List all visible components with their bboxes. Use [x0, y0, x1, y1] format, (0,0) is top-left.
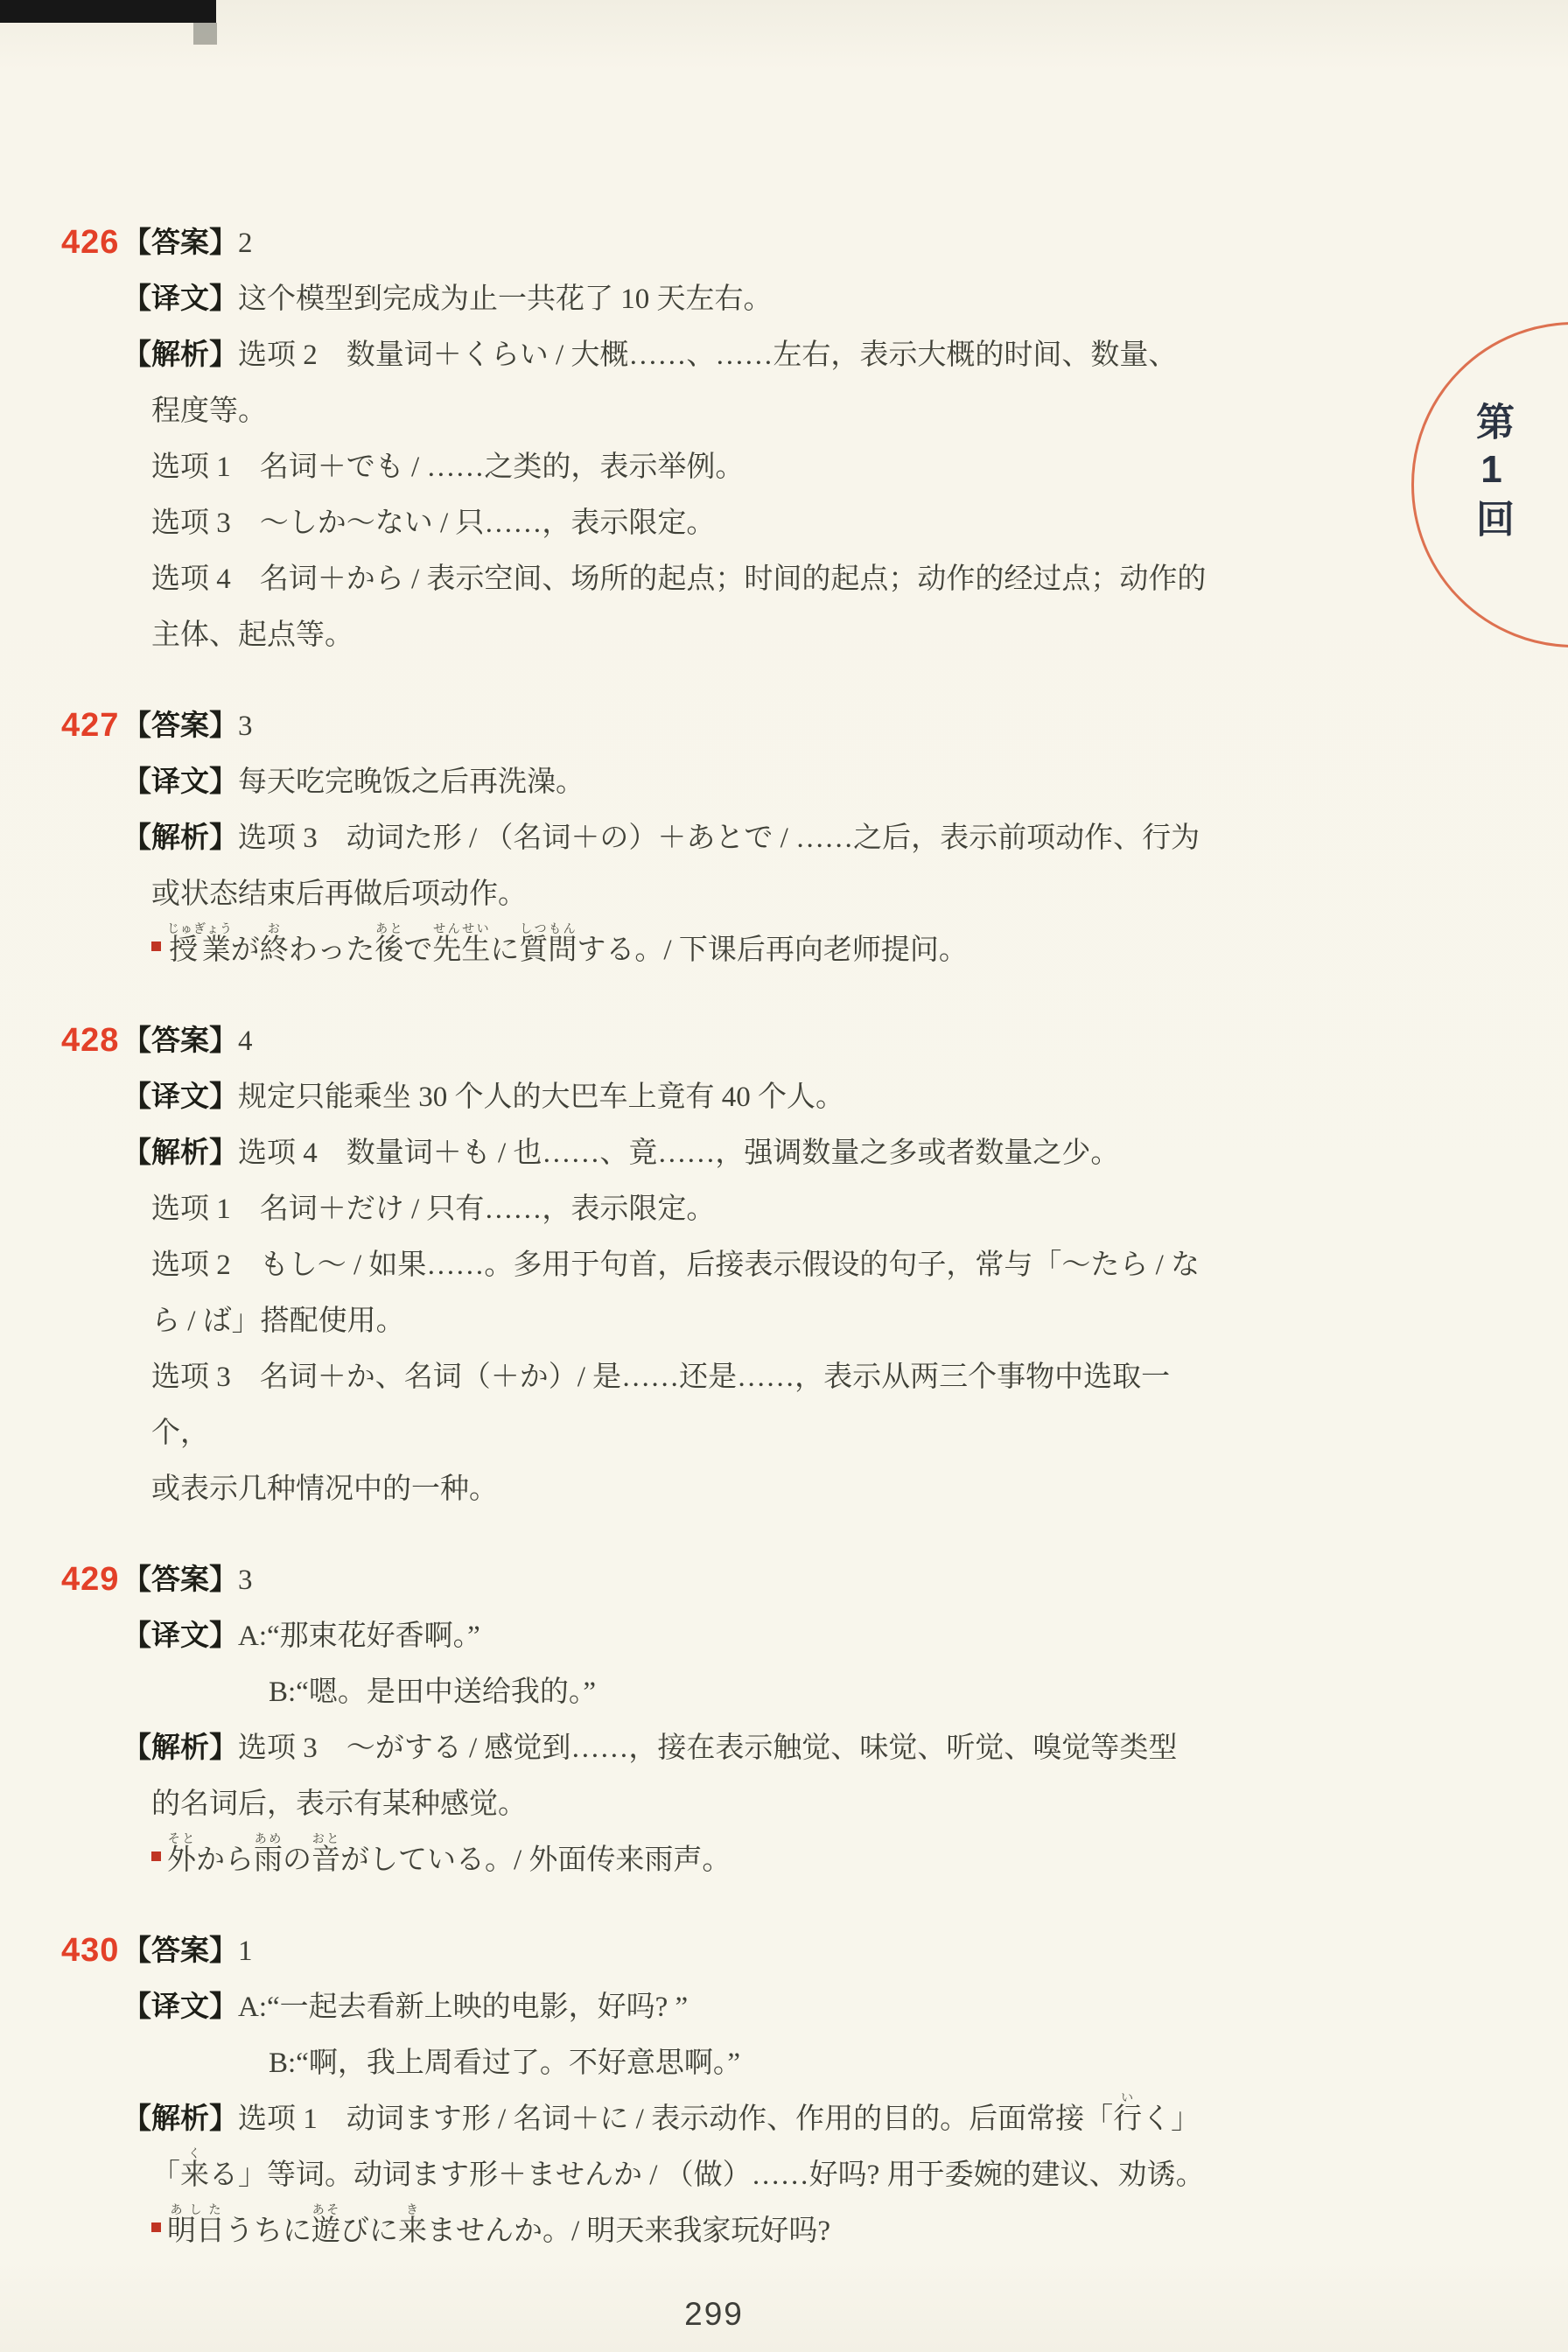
text-segment: の	[283, 1844, 311, 1876]
text-segment: 3	[238, 1564, 253, 1596]
text-segment: で	[403, 934, 432, 966]
ruby-text: しつもん	[519, 923, 577, 936]
example-line: 明日あしたうちに遊あそびに来きませんか。/ 明天来我家玩好吗?	[151, 2203, 1225, 2259]
section-label: 【译文】	[122, 766, 238, 798]
text-segment: 这个模型到完成为止一共花了 10 天左右。	[238, 283, 773, 315]
text-segment: B:“啊，我上周看过了。不好意思啊。”	[269, 2047, 740, 2079]
text-line: 【译文】A:“那束花好香啊。”	[151, 1608, 1225, 1664]
text-segment: する。/ 下课后再向老师提问。	[577, 934, 967, 966]
text-segment: 4	[238, 1025, 253, 1057]
ruby-text: そと	[167, 1833, 196, 1846]
ruby-base: 明日	[167, 2215, 225, 2247]
example-line: 授業じゅぎょうが終おわった後あとで先生せんせいに質問しつもんする。/ 下课后再向…	[151, 922, 1225, 978]
furigana-term: 終お	[260, 934, 289, 966]
text-line: 【答案】3	[151, 1552, 1225, 1608]
ruby-base: 来	[180, 2159, 209, 2191]
example-bullet-icon	[151, 941, 161, 951]
text-line: 或表示几种情况中的一种。	[151, 1461, 1225, 1517]
text-line: 选项 1 名词＋でも / ……之类的，表示举例。	[151, 439, 1225, 495]
text-segment: B:“嗯。是田中送给我的。”	[269, 1676, 596, 1708]
text-line: 【译文】每天吃完晚饭之后再洗澡。	[151, 754, 1225, 810]
round-tab-circle: 第1回	[1411, 322, 1568, 647]
text-line: 「来くる」等词。动词ます形＋ませんか / （做）……好吗? 用于委婉的建议、劝诱…	[151, 2147, 1225, 2203]
ruby-text: あそ	[311, 2204, 340, 2217]
text-line: 选项 3 ～しか～ない / 只……，表示限定。	[151, 495, 1225, 551]
text-segment: 选项 3 名词＋か、名词（＋か）/ 是……还是……，表示从两三个事物中选取一个，	[151, 1361, 1170, 1449]
text-line: 【解析】选项 4 数量词＋も / 也……、竟……，强调数量之多或者数量之少。	[151, 1125, 1225, 1181]
question-number: 428	[61, 1013, 122, 1517]
text-line: 【解析】选项 3 ～がする / 感觉到……，接在表示触觉、味觉、听觉、嗅觉等类型	[151, 1720, 1225, 1776]
ruby-text: あと	[374, 923, 403, 936]
answer-entry-427: 427【答案】3【译文】每天吃完晚饭之后再洗澡。【解析】选项 3 动词た形 / …	[61, 698, 1225, 978]
text-segment: 或表示几种情况中的一种。	[151, 1473, 498, 1505]
answer-entry-430: 430【答案】1【译文】A:“一起去看新上映的电影，好吗? ”B:“啊，我上周看…	[61, 1923, 1225, 2259]
text-segment: 每天吃完晚饭之后再洗澡。	[238, 766, 584, 798]
text-line: 主体、起点等。	[151, 607, 1225, 663]
text-line: 【译文】这个模型到完成为止一共花了 10 天左右。	[151, 271, 1225, 327]
ruby-text: お	[260, 923, 289, 936]
round-tab-label: 第1回	[1463, 402, 1519, 545]
entry-content: 【答案】1【译文】A:“一起去看新上映的电影，好吗? ”B:“啊，我上周看过了。…	[122, 1923, 1225, 2259]
textbook-page: 第1回 426【答案】2【译文】这个模型到完成为止一共花了 10 天左右。【解析…	[0, 0, 1568, 2352]
text-line: 【解析】选项 3 动词た形 / （名词＋の）＋あとで / ……之后，表示前项动作…	[151, 810, 1225, 866]
section-label: 【解析】	[122, 339, 238, 371]
ruby-text: き	[398, 2204, 427, 2217]
text-segment: 选项 2 もし～ / 如果……。多用于句首，后接表示假设的句子，常与「～たら /…	[151, 1249, 1200, 1281]
text-line: B:“嗯。是田中送给我的。”	[151, 1664, 1225, 1720]
furigana-term: 雨あめ	[254, 1844, 283, 1876]
ruby-text: あした	[167, 2204, 225, 2217]
text-line: 【译文】规定只能乘坐 30 个人的大巴车上竟有 40 个人。	[151, 1069, 1225, 1125]
text-segment: 主体、起点等。	[151, 619, 353, 651]
section-label: 【译文】	[122, 283, 238, 315]
text-line: 选项 4 名词＋から / 表示空间、场所的起点；时间的起点；动作的经过点；动作的	[151, 551, 1225, 607]
entry-content: 【答案】3【译文】A:“那束花好香啊。”B:“嗯。是田中送给我的。”【解析】选项…	[122, 1552, 1225, 1888]
section-label: 【答案】	[122, 1025, 238, 1057]
text-segment: から	[196, 1844, 254, 1876]
section-label: 【答案】	[122, 1564, 238, 1596]
ruby-base: 行	[1113, 2103, 1142, 2135]
text-segment: 或状态结束后再做后项动作。	[151, 878, 527, 910]
text-line: 选项 3 名词＋か、名词（＋か）/ 是……还是……，表示从两三个事物中选取一个，	[151, 1349, 1225, 1461]
text-segment: 2	[238, 227, 253, 259]
entry-content: 【答案】3【译文】每天吃完晚饭之后再洗澡。【解析】选项 3 动词た形 / （名词…	[122, 698, 1225, 978]
ruby-text: おと	[311, 1833, 340, 1846]
text-segment: A:“一起去看新上映的电影，好吗? ”	[238, 1991, 688, 2023]
question-number: 426	[61, 215, 122, 663]
ruby-base: 雨	[254, 1844, 283, 1876]
text-line: 的名词后，表示有某种感觉。	[151, 1776, 1225, 1832]
furigana-term: 来き	[398, 2215, 427, 2247]
text-segment: が	[231, 934, 260, 966]
text-segment: に	[490, 934, 519, 966]
example-bullet-icon	[151, 2222, 161, 2232]
text-segment: 1	[238, 1935, 253, 1967]
text-segment: 选项 4 名词＋から / 表示空间、场所的起点；时间的起点；动作的经过点；动作的	[151, 563, 1206, 595]
section-label: 【解析】	[122, 1137, 238, 1169]
text-segment: 选项 2 数量词＋くらい / 大概……、……左右，表示大概的时间、数量、	[238, 339, 1177, 371]
text-segment: ら / ば」搭配使用。	[151, 1305, 405, 1337]
furigana-term: 質問しつもん	[519, 934, 577, 966]
section-label: 【答案】	[122, 1935, 238, 1967]
ruby-base: 先生	[432, 934, 490, 966]
furigana-term: 行い	[1113, 2103, 1142, 2135]
text-line: 【解析】选项 2 数量词＋くらい / 大概……、……左右，表示大概的时间、数量、	[151, 327, 1225, 383]
furigana-term: 音おと	[311, 1844, 340, 1876]
text-line: 或状态结束后再做后项动作。	[151, 866, 1225, 922]
text-line: 【答案】2	[151, 215, 1225, 271]
ruby-text: く	[180, 2148, 209, 2161]
text-line: 程度等。	[151, 383, 1225, 439]
answer-entry-426: 426【答案】2【译文】这个模型到完成为止一共花了 10 天左右。【解析】选项 …	[61, 215, 1225, 663]
text-line: 【译文】A:“一起去看新上映的电影，好吗? ”	[151, 1979, 1225, 2035]
ruby-text: い	[1113, 2092, 1142, 2105]
text-segment: る」等词。动词ます形＋ませんか / （做）……好吗? 用于委婉的建议、劝诱。	[209, 2159, 1205, 2191]
text-segment: びに	[340, 2215, 398, 2247]
text-line: ら / ば」搭配使用。	[151, 1293, 1225, 1349]
text-segment: うちに	[225, 2215, 311, 2247]
question-number: 430	[61, 1923, 122, 2259]
text-line: 选项 2 もし～ / 如果……。多用于句首，后接表示假设的句子，常与「～たら /…	[151, 1237, 1225, 1293]
section-label: 【译文】	[122, 1620, 238, 1652]
scan-artifact	[193, 23, 217, 45]
ruby-base: 終	[260, 934, 289, 966]
ruby-text: じゅぎょう	[167, 923, 233, 936]
entry-content: 【答案】2【译文】这个模型到完成为止一共花了 10 天左右。【解析】选项 2 数…	[122, 215, 1225, 663]
furigana-term: 後あと	[374, 934, 403, 966]
text-segment: 选项 3 ～しか～ない / 只……，表示限定。	[151, 507, 715, 539]
ruby-base: 音	[311, 1844, 340, 1876]
ruby-text: あめ	[254, 1833, 283, 1846]
ruby-base: 外	[167, 1844, 196, 1876]
entry-content: 【答案】4【译文】规定只能乘坐 30 个人的大巴车上竟有 40 个人。【解析】选…	[122, 1013, 1225, 1517]
text-segment: 选项 3 动词た形 / （名词＋の）＋あとで / ……之后，表示前项动作、行为	[238, 822, 1200, 854]
text-segment: 选项 1 名词＋でも / ……之类的，表示举例。	[151, 451, 744, 483]
question-number: 429	[61, 1552, 122, 1888]
section-label: 【答案】	[122, 710, 238, 742]
ruby-base: 後	[374, 934, 403, 966]
furigana-term: 来く	[180, 2159, 209, 2191]
section-label: 【译文】	[122, 1081, 238, 1113]
section-label: 【解析】	[122, 2103, 238, 2135]
page-number: 299	[0, 2296, 1428, 2333]
furigana-term: 明日あした	[167, 2215, 225, 2247]
ruby-base: 来	[398, 2215, 427, 2247]
ruby-text: せんせい	[432, 923, 490, 936]
furigana-term: 先生せんせい	[432, 934, 490, 966]
text-segment: 选项 3 ～がする / 感觉到……，接在表示触觉、味觉、听觉、嗅觉等类型	[238, 1732, 1177, 1764]
ruby-base: 授業	[167, 934, 233, 966]
text-segment: 「	[151, 2159, 180, 2191]
section-label: 【译文】	[122, 1991, 238, 2023]
answer-entry-428: 428【答案】4【译文】规定只能乘坐 30 个人的大巴车上竟有 40 个人。【解…	[61, 1013, 1225, 1517]
text-segment: 规定只能乘坐 30 个人的大巴车上竟有 40 个人。	[238, 1081, 844, 1113]
question-number: 427	[61, 698, 122, 978]
text-segment: 程度等。	[151, 395, 267, 427]
example-line: 外そとから雨あめの音おとがしている。/ 外面传来雨声。	[151, 1832, 1225, 1888]
section-label: 【解析】	[122, 1732, 238, 1764]
text-segment: 选项 4 数量词＋も / 也……、竟……，强调数量之多或者数量之少。	[238, 1137, 1119, 1169]
answer-entry-429: 429【答案】3【译文】A:“那束花好香啊。”B:“嗯。是田中送给我的。”【解析…	[61, 1552, 1225, 1888]
text-segment: ませんか。/ 明天来我家玩好吗?	[427, 2215, 830, 2247]
text-segment: A:“那束花好香啊。”	[238, 1620, 480, 1652]
text-segment: 的名词后，表示有某种感觉。	[151, 1788, 527, 1820]
furigana-term: 遊あそ	[311, 2215, 340, 2247]
text-line: B:“啊，我上周看过了。不好意思啊。”	[151, 2035, 1225, 2091]
scan-artifact	[0, 0, 216, 23]
section-label: 【解析】	[122, 822, 238, 854]
entries: 426【答案】2【译文】这个模型到完成为止一共花了 10 天左右。【解析】选项 …	[61, 215, 1225, 2294]
furigana-term: 授業じゅぎょう	[167, 934, 231, 966]
text-segment: がしている。/ 外面传来雨声。	[340, 1844, 731, 1876]
furigana-term: 外そと	[167, 1844, 196, 1876]
ruby-base: 質問	[519, 934, 577, 966]
section-label: 【答案】	[122, 227, 238, 259]
text-segment: 选项 1 名词＋だけ / 只有……，表示限定。	[151, 1193, 715, 1225]
text-line: 【答案】3	[151, 698, 1225, 754]
ruby-base: 遊	[311, 2215, 340, 2247]
text-segment: く」	[1142, 2103, 1200, 2135]
text-segment: 3	[238, 710, 253, 742]
text-segment: 选项 1 动词ます形 / 名词＋に / 表示动作、作用的目的。后面常接「	[238, 2103, 1113, 2135]
text-line: 【答案】4	[151, 1013, 1225, 1069]
text-line: 【解析】选项 1 动词ます形 / 名词＋に / 表示动作、作用的目的。后面常接「…	[151, 2091, 1225, 2147]
text-line: 【答案】1	[151, 1923, 1225, 1979]
text-segment: わった	[289, 934, 375, 966]
example-bullet-icon	[151, 1851, 161, 1861]
text-line: 选项 1 名词＋だけ / 只有……，表示限定。	[151, 1181, 1225, 1237]
